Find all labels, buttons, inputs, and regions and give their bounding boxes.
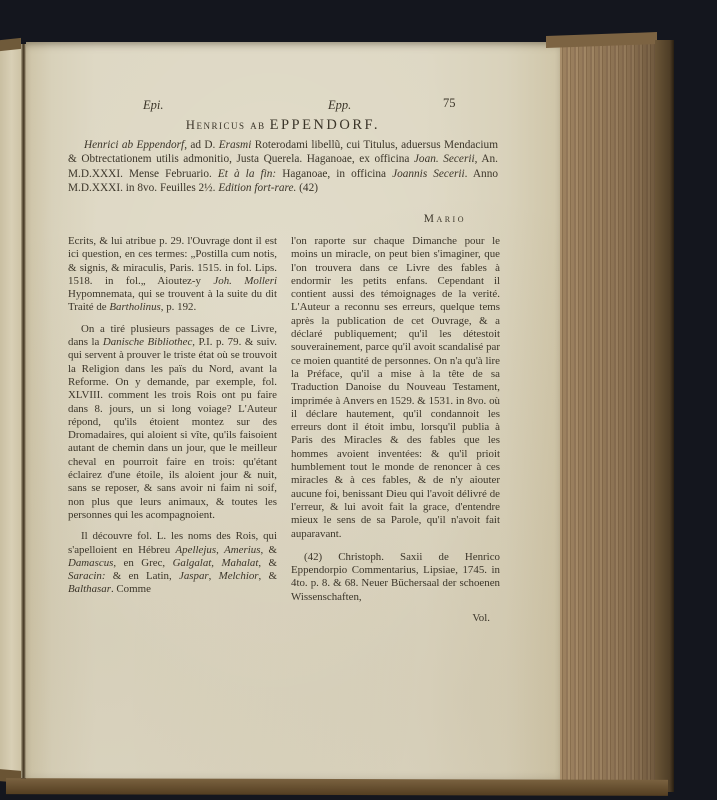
entry-title-lead: Henricus ab [186,118,266,132]
bibliographic-entry: Henrici ab Eppendorf, ad D. Erasmi Roter… [68,138,498,195]
photo-background: { "document": { "type": "scanned-book-pa… [0,0,717,800]
book-cover-edge [655,40,674,792]
paragraph: l'on raporte sur chaque Dimanche pour le… [291,235,500,541]
right-column: l'on raporte sur chaque Dimanche pour le… [291,235,500,633]
book-page: Epi. Epp. 75 Henricus ab EPPENDORF. Henr… [26,42,560,786]
catchword-mario: Mario [68,213,466,225]
paragraph: Ecrits, & lui atribue p. 29. l'Ouvrage d… [68,235,277,315]
running-head-left: Epi. [143,98,163,113]
bottom-cover-edge [6,778,668,796]
paragraph: Vol. [291,612,500,625]
paragraph: On a tiré plusieurs passages de ce Livre… [68,323,277,522]
entry-title-name: EPPENDORF. [270,117,380,133]
fore-edge-pages [560,38,657,786]
paragraph: (42) Christoph. Saxii de Henrico Eppendo… [291,551,500,604]
book-photo: Epi. Epp. 75 Henricus ab EPPENDORF. Henr… [0,34,676,798]
left-column: Ecrits, & lui atribue p. 29. l'Ouvrage d… [68,235,277,605]
entry-title: Henricus ab EPPENDORF. [68,116,498,134]
page-number: 75 [443,96,456,111]
facing-page-edge [0,48,21,774]
paragraph: Il découvre fol. L. les noms des Rois, q… [68,530,277,596]
running-head-center: Epp. [328,98,351,113]
two-column-text: Ecrits, & lui atribue p. 29. l'Ouvrage d… [68,235,500,633]
